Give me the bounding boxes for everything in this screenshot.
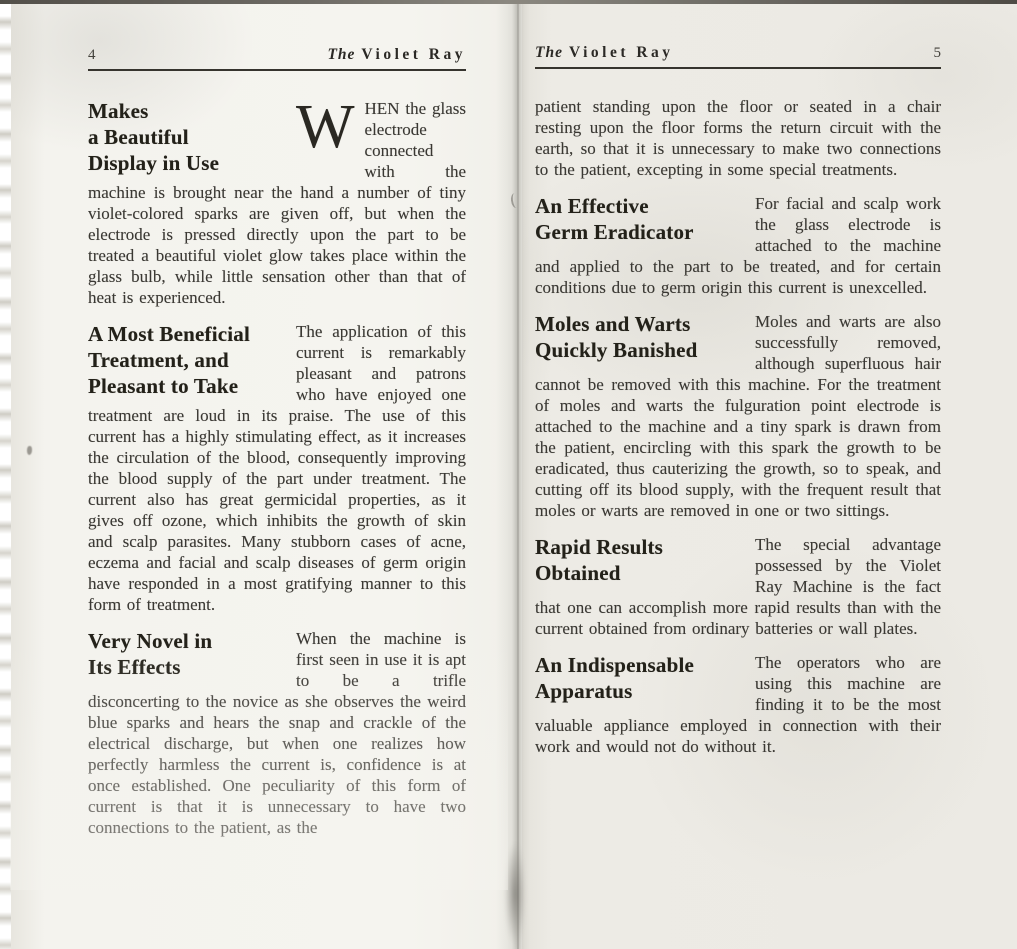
section-heading: An Effective Germ Eradicator (535, 193, 743, 245)
section-beautiful-display: Makes a Beautiful Display in Use WHEN th… (88, 98, 466, 308)
section-germ-eradicator: An Effective Germ Eradicator For facial … (535, 193, 941, 298)
section-very-novel: Very Novel in Its Effects When the machi… (88, 628, 466, 838)
continuation-paragraph: patient standing upon the floor or seate… (535, 96, 941, 180)
section-rapid-results: Rapid Results Obtained The special advan… (535, 534, 941, 639)
dropcap-letter: W (296, 98, 365, 178)
section-heading: A Most Beneficial Treatment, and Pleasan… (88, 321, 284, 399)
section-moles-warts: Moles and Warts Quickly Banished Moles a… (535, 311, 941, 521)
page-deckle-edge (0, 0, 11, 949)
running-title-the: The (327, 46, 355, 63)
gutter-bottom-smudge (505, 842, 525, 946)
section-indispensable-apparatus: An Indispensable Apparatus The operators… (535, 652, 941, 757)
section-heading: Rapid Results Obtained (535, 534, 743, 586)
gutter-crease-line (517, 0, 519, 949)
running-title-the: The (535, 44, 563, 61)
left-page: 4 TheViolet Ray Makes a Beautiful Displa… (88, 46, 466, 851)
running-title-rest: Violet Ray (569, 44, 674, 61)
right-page-header: TheViolet Ray 5 (535, 44, 941, 69)
section-heading: Moles and Warts Quickly Banished (535, 311, 743, 363)
section-heading: Very Novel in Its Effects (88, 628, 284, 680)
running-title-rest: Violet Ray (361, 46, 466, 63)
section-heading: An Indispensable Apparatus (535, 652, 743, 704)
book-gutter-shadow (496, 0, 530, 949)
right-running-title: TheViolet Ray (535, 44, 674, 62)
book-scan: 4 TheViolet Ray Makes a Beautiful Displa… (0, 0, 1017, 949)
right-page-number: 5 (934, 45, 942, 62)
section-beneficial-treatment: A Most Beneficial Treatment, and Pleasan… (88, 321, 466, 615)
left-page-number: 4 (88, 47, 96, 64)
right-page: TheViolet Ray 5 patient standing upon th… (535, 44, 941, 770)
section-heading: Makes a Beautiful Display in Use (88, 98, 284, 176)
left-page-header: 4 TheViolet Ray (88, 46, 466, 71)
left-running-title: TheViolet Ray (327, 46, 466, 64)
scan-top-edge (0, 0, 1017, 4)
